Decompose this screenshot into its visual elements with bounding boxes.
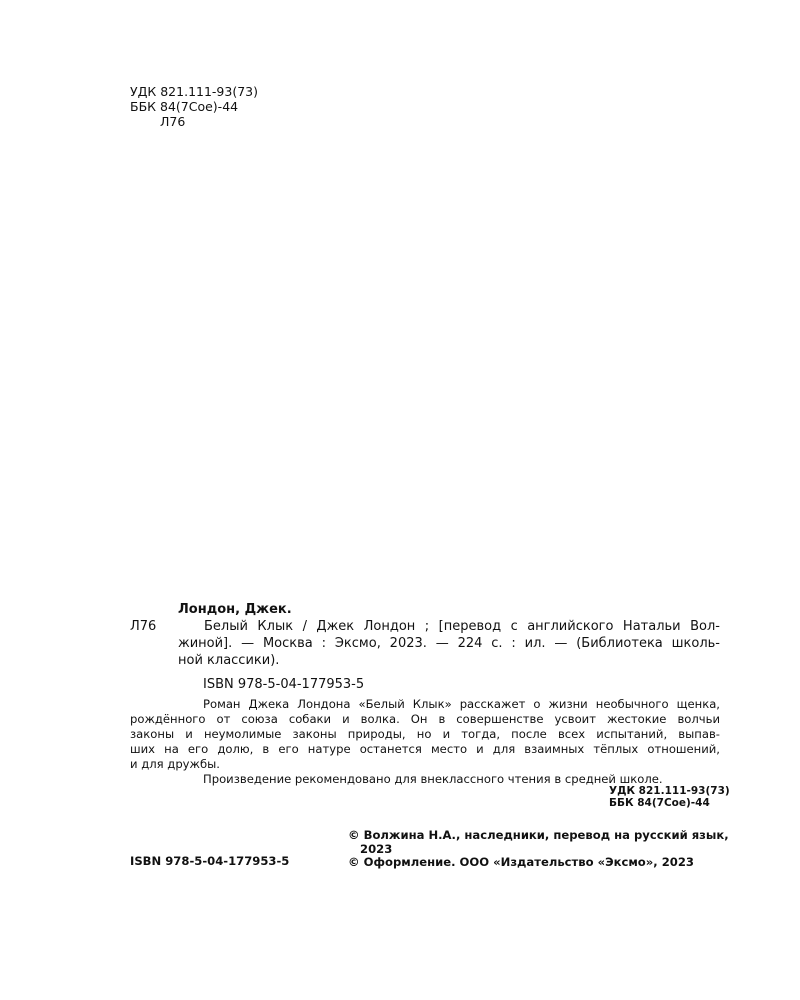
classification-block-bottom: УДК 821.111-93(73) ББК 84(7Сое)-44: [609, 785, 730, 809]
bibliographic-description: Белый Клык / Джек Лондон ; [перевод с ан…: [178, 618, 720, 669]
author-mark: Л76: [130, 114, 258, 129]
udk-code: УДК 821.111-93(73): [130, 84, 258, 99]
bbk-code: ББК 84(7Сое)-44: [130, 99, 258, 114]
annotation-line: ших на его долю, в его натуре останется …: [130, 742, 720, 757]
annotation: Роман Джека Лондона «Белый Клык» расскаж…: [130, 697, 720, 787]
annotation-line: рождённого от союза собаки и волка. Он в…: [130, 712, 720, 727]
copyright-translation-year: 2023: [348, 843, 729, 857]
annotation-line: законы и неумолимые законы природы, но и…: [130, 727, 720, 742]
udk-code-bottom: УДК 821.111-93(73): [609, 785, 730, 797]
bib-line: Белый Клык / Джек Лондон ; [перевод с ан…: [178, 618, 720, 635]
copyright-design: © Оформление. ООО «Издательство «Эксмо»,…: [348, 856, 729, 870]
annotation-line: и для дружбы.: [130, 757, 720, 772]
bottom-isbn: ISBN 978-5-04-177953-5: [130, 855, 289, 869]
bib-line: ной классики).: [178, 652, 720, 669]
copyright-block: © Волжина Н.А., наследники, перевод на р…: [348, 829, 729, 870]
catalog-author-mark: Л76: [130, 618, 156, 635]
classification-block-top: УДК 821.111-93(73) ББК 84(7Сое)-44 Л76: [130, 84, 258, 129]
bib-line: жиной]. — Москва : Эксмо, 2023. — 224 с.…: [178, 635, 720, 652]
catalog-isbn: ISBN 978-5-04-177953-5: [203, 676, 364, 693]
catalog-author: Лондон, Джек.: [178, 601, 292, 618]
annotation-line: Роман Джека Лондона «Белый Клык» расскаж…: [130, 697, 720, 712]
copyright-translation: © Волжина Н.А., наследники, перевод на р…: [348, 829, 729, 843]
bbk-code-bottom: ББК 84(7Сое)-44: [609, 797, 730, 809]
